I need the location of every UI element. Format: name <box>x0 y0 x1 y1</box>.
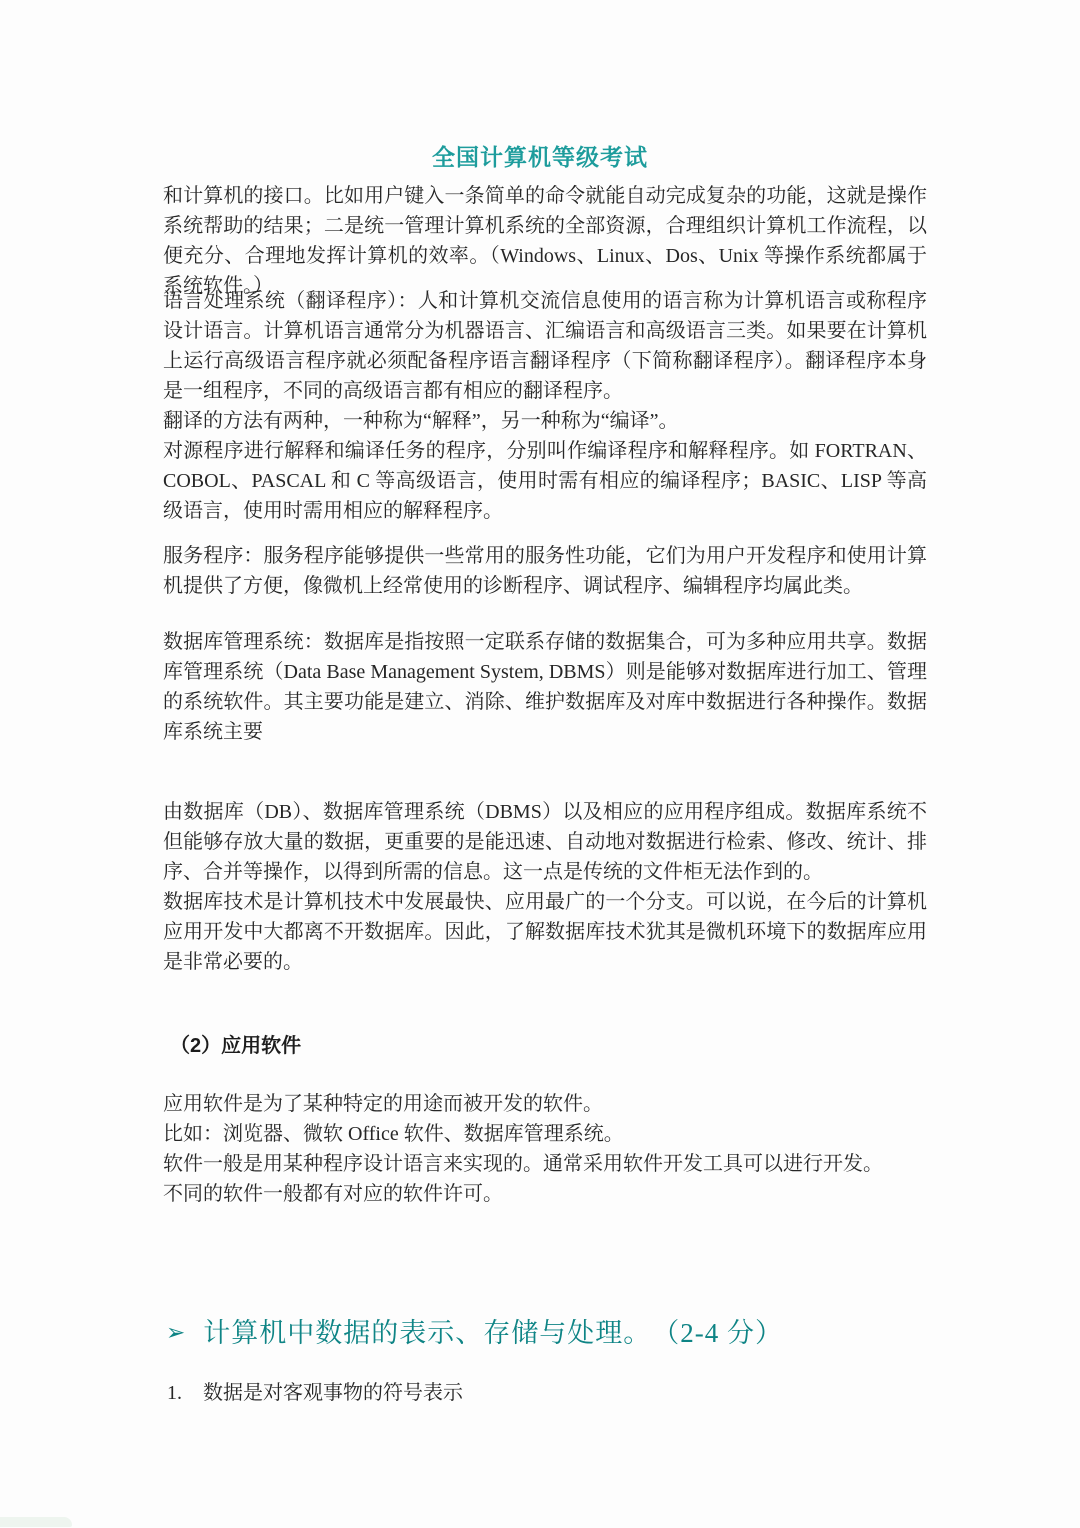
paragraph-group-language: 语言处理系统（翻译程序）：人和计算机交流信息使用的语言称为计算机语言或称程序设计… <box>163 286 927 526</box>
arrow-bullet-icon: ➢ <box>166 1315 185 1351</box>
numbered-list-item: 1. 数据是对客观事物的符号表示 <box>167 1379 463 1407</box>
paragraph-translate-methods: 翻译的方法有两种，一种称为“解释”，另一种称为“编译”。 <box>163 406 927 436</box>
paragraph-dbms: 数据库管理系统：数据库是指按照一定联系存储的数据集合，可为多种应用共享。数据库管… <box>163 627 927 747</box>
paragraph-group-database-system: 由数据库（DB）、数据库管理系统（DBMS）以及相应的应用程序组成。数据库系统不… <box>163 797 927 977</box>
section-heading-text: 计算机中数据的表示、存储与处理。 （2-4 分） <box>203 1315 783 1351</box>
paragraph-service-programs: 服务程序：服务程序能够提供一些常用的服务性功能，它们为用户开发程序和使用计算机提… <box>163 541 927 601</box>
paragraph-language-system: 语言处理系统（翻译程序）：人和计算机交流信息使用的语言称为计算机语言或称程序设计… <box>163 286 927 406</box>
paragraph-app-definition: 应用软件是为了某种特定的用途而被开发的软件。 <box>163 1089 927 1119</box>
paragraph-app-implementation: 软件一般是用某种程序设计语言来实现的。通常采用软件开发工具可以进行开发。 <box>163 1149 927 1179</box>
corner-watermark <box>0 1517 72 1527</box>
heading-application-software: （2）应用软件 <box>170 1029 301 1058</box>
document-title: 全国计算机等级考试 <box>0 139 1080 172</box>
paragraph-db-technology: 数据库技术是计算机技术中发展最快、应用最广的一个分支。可以说，在今后的计算机应用… <box>163 887 927 977</box>
paragraph-app-examples: 比如：浏览器、微软 Office 软件、数据库管理系统。 <box>163 1119 927 1149</box>
paragraph-compilers: 对源程序进行解释和编译任务的程序，分别叫作编译程序和解释程序。如 FORTRAN… <box>163 436 927 526</box>
paragraph-os-continuation: 和计算机的接口。比如用户键入一条简单的命令就能自动完成复杂的功能，这就是操作系统… <box>163 181 927 301</box>
paragraph-app-license: 不同的软件一般都有对应的软件许可。 <box>163 1179 927 1209</box>
section-heading-data-representation: ➢ 计算机中数据的表示、存储与处理。 （2-4 分） <box>166 1315 1026 1353</box>
paragraph-group-application: 应用软件是为了某种特定的用途而被开发的软件。 比如：浏览器、微软 Office … <box>163 1089 927 1209</box>
list-item-number: 1. <box>167 1382 182 1404</box>
paragraph-db-composition: 由数据库（DB）、数据库管理系统（DBMS）以及相应的应用程序组成。数据库系统不… <box>163 797 927 887</box>
list-item-text: 数据是对客观事物的符号表示 <box>203 1382 463 1404</box>
document-page: 全国计算机等级考试 和计算机的接口。比如用户键入一条简单的命令就能自动完成复杂的… <box>0 0 1080 1528</box>
